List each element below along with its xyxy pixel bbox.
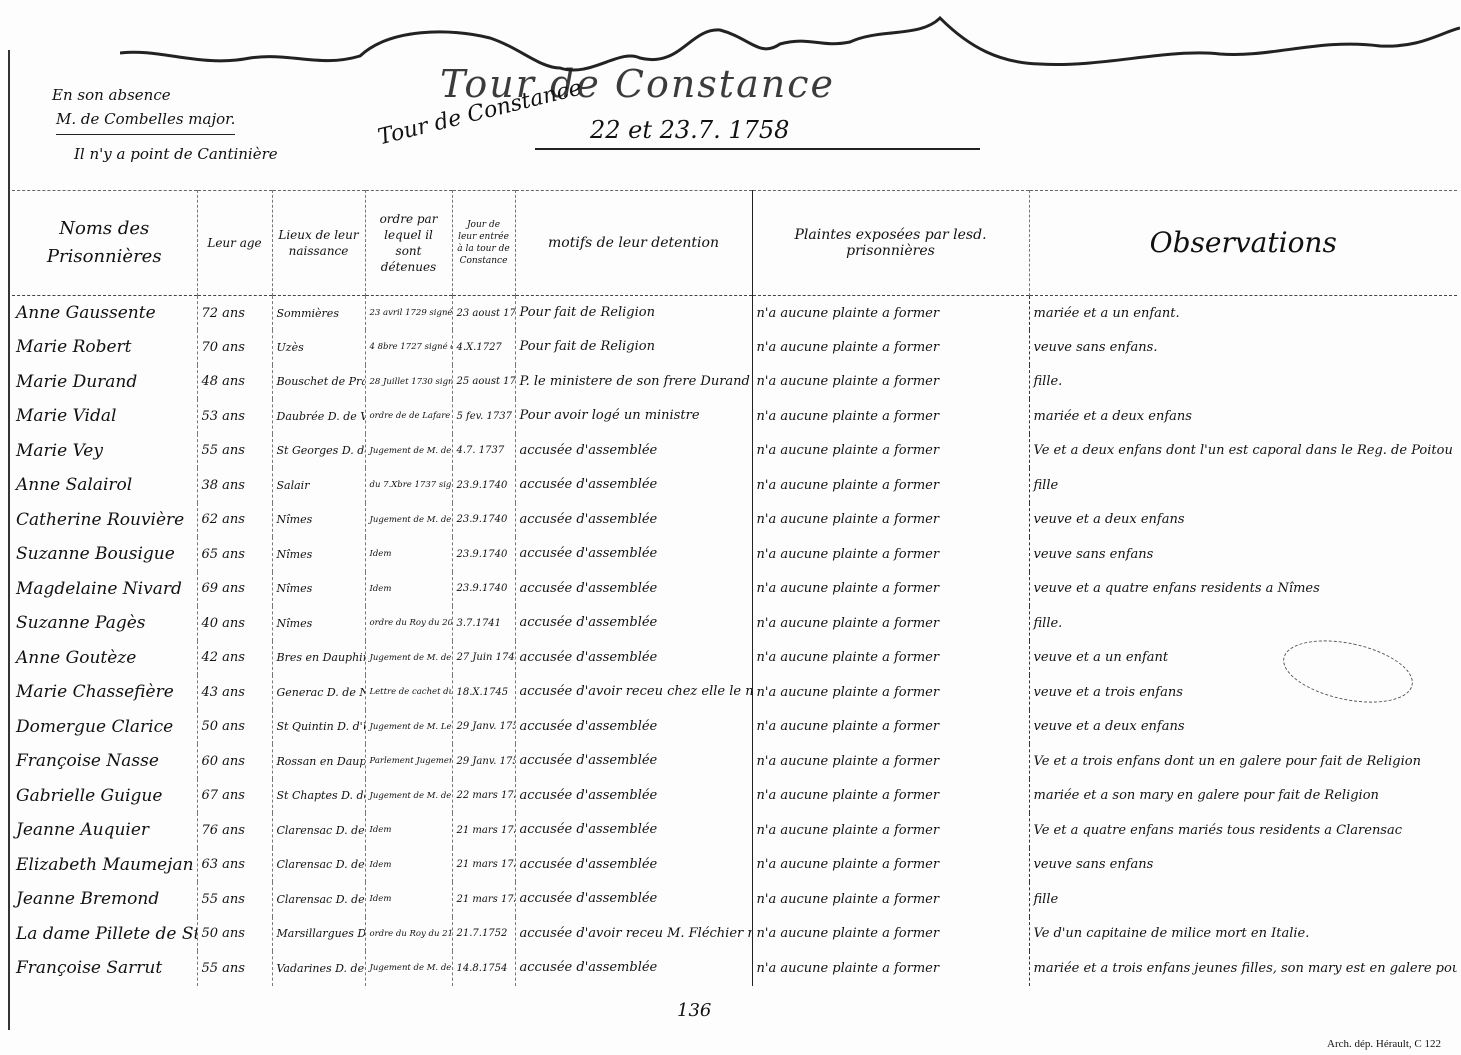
entry-date: 21 mars 1752 xyxy=(452,813,515,848)
birthplace: Generac D. de Nîmes xyxy=(272,675,365,710)
prisoner-age: 60 ans xyxy=(197,744,272,779)
header-order: ordre par lequel il sont détenues xyxy=(365,191,452,296)
detention-reason: accusée d'assemblée xyxy=(515,951,752,986)
detention-order: Parlement Jugement xyxy=(365,744,452,779)
complaint: n'a aucune plainte a former xyxy=(752,606,1029,641)
prisoner-age: 55 ans xyxy=(197,434,272,469)
observation: Ve et a quatre enfans mariés tous reside… xyxy=(1029,813,1457,848)
observation: veuve sans enfans xyxy=(1029,848,1457,883)
complaint: n'a aucune plainte a former xyxy=(752,744,1029,779)
detention-order: Idem xyxy=(365,572,452,607)
table-row: Jeanne Auquier76 ansClarensac D. de Nîme… xyxy=(12,813,1457,848)
entry-date: 5 fev. 1737 xyxy=(452,399,515,434)
entry-date: 23.9.1740 xyxy=(452,503,515,538)
table-row: Marie Durand48 ansBouschet de Pranles D.… xyxy=(12,365,1457,400)
observation: veuve et a deux enfans xyxy=(1029,710,1457,745)
prisoner-name: Anne Gaussente xyxy=(12,296,197,331)
prisoner-name: Gabrielle Guigue xyxy=(12,779,197,814)
margin-note: En son absence xyxy=(52,86,171,104)
observation: mariée et a un enfant. xyxy=(1029,296,1457,331)
birthplace: St Chaptes D. de Nîmes xyxy=(272,779,365,814)
detention-reason: accusée d'assemblée xyxy=(515,813,752,848)
birthplace: Nîmes xyxy=(272,537,365,572)
observation: mariée et a trois enfans jeunes filles, … xyxy=(1029,951,1457,986)
complaint: n'a aucune plainte a former xyxy=(752,365,1029,400)
prisoner-age: 72 ans xyxy=(197,296,272,331)
table-row: Catherine Rouvière62 ansNîmesJugement de… xyxy=(12,503,1457,538)
detention-reason: accusée d'assemblée xyxy=(515,882,752,917)
detention-order: Jugement de M. de Bernage du 23 may 1742 xyxy=(365,641,452,676)
observation: mariée et a son mary en galere pour fait… xyxy=(1029,779,1457,814)
complaint: n'a aucune plainte a former xyxy=(752,779,1029,814)
complaint: n'a aucune plainte a former xyxy=(752,641,1029,676)
detention-order: 23 avril 1729 signé de Bernage xyxy=(365,296,452,331)
table-row: Marie Vey55 ansSt Georges D. de ValenceJ… xyxy=(12,434,1457,469)
table-row: Françoise Nasse60 ansRossan en DauphinéP… xyxy=(12,744,1457,779)
archival-document: En son absence M. de Combelles major. Il… xyxy=(0,0,1461,1055)
detention-order: ordre du Roy du 21.7bre 1752 signé Pheli… xyxy=(365,917,452,952)
detention-reason: accusée d'assemblée xyxy=(515,744,752,779)
observation: Ve et a trois enfans dont un en galere p… xyxy=(1029,744,1457,779)
table-row: Marie Vidal53 ansDaubrée D. de Viviersor… xyxy=(12,399,1457,434)
detention-order: 4 8bre 1727 signé de Bernage xyxy=(365,330,452,365)
birthplace: Bouschet de Pranles D. de Viviers xyxy=(272,365,365,400)
observation: veuve sans enfans xyxy=(1029,537,1457,572)
header-entry: Jour de leur entrée à la tour de Constan… xyxy=(452,191,515,296)
complaint: n'a aucune plainte a former xyxy=(752,813,1029,848)
complaint: n'a aucune plainte a former xyxy=(752,399,1029,434)
detention-reason: accusée d'assemblée xyxy=(515,710,752,745)
birthplace: Nîmes xyxy=(272,572,365,607)
detention-reason: accusée d'assemblée xyxy=(515,779,752,814)
header-reason: motifs de leur detention xyxy=(515,191,752,296)
entry-date: 25 aoust 1730 xyxy=(452,365,515,400)
prisoner-name: Magdelaine Nivard xyxy=(12,572,197,607)
detention-reason: accusée d'assemblée xyxy=(515,434,752,469)
birthplace: Salair xyxy=(272,468,365,503)
prisoner-name: Marie Vey xyxy=(12,434,197,469)
observation: veuve et a quatre enfans residents a Nîm… xyxy=(1029,572,1457,607)
complaint: n'a aucune plainte a former xyxy=(752,468,1029,503)
prisoner-name: Elizabeth Maumejan xyxy=(12,848,197,883)
complaint: n'a aucune plainte a former xyxy=(752,710,1029,745)
entry-date: 21.7.1752 xyxy=(452,917,515,952)
table-row: Françoise Sarrut55 ansVadarines D. de Vi… xyxy=(12,951,1457,986)
header-complaints: Plaintes exposées par lesd. prisonnières xyxy=(752,191,1029,296)
detention-reason: accusée d'assemblée xyxy=(515,503,752,538)
entry-date: 4.X.1727 xyxy=(452,330,515,365)
observation: veuve et a deux enfans xyxy=(1029,503,1457,538)
table-row: Magdelaine Nivard69 ansNîmesIdem23.9.174… xyxy=(12,572,1457,607)
entry-date: 4.7. 1737 xyxy=(452,434,515,469)
detention-reason: accusée d'assemblée xyxy=(515,468,752,503)
table-row: Elizabeth Maumejan63 ansClarensac D. de … xyxy=(12,848,1457,883)
margin-rule xyxy=(8,50,10,1030)
complaint: n'a aucune plainte a former xyxy=(752,503,1029,538)
table-row: Jeanne Bremond55 ansClarensac D. de Nîme… xyxy=(12,882,1457,917)
prisoner-name: La dame Pillete de St Jean xyxy=(12,917,197,952)
birthplace: Uzès xyxy=(272,330,365,365)
prisoner-name: Marie Robert xyxy=(12,330,197,365)
archive-citation: Arch. dép. Hérault, C 122 xyxy=(1327,1038,1441,1050)
detention-order: Idem xyxy=(365,882,452,917)
prisoner-age: 48 ans xyxy=(197,365,272,400)
complaint: n'a aucune plainte a former xyxy=(752,917,1029,952)
prisoner-name: Anne Goutèze xyxy=(12,641,197,676)
entry-date: 3.7.1741 xyxy=(452,606,515,641)
prisoner-age: 65 ans xyxy=(197,537,272,572)
margin-note: M. de Combelles major. xyxy=(56,110,235,135)
detention-order: du 7.Xbre 1737 signé Philipeaux xyxy=(365,468,452,503)
prisoner-age: 38 ans xyxy=(197,468,272,503)
prisoner-age: 42 ans xyxy=(197,641,272,676)
header-birthplace: Lieux de leur naissance xyxy=(272,191,365,296)
detention-reason: accusée d'assemblée xyxy=(515,572,752,607)
detention-reason: Pour fait de Religion xyxy=(515,296,752,331)
table-row: Anne Salairol38 ansSalairdu 7.Xbre 1737 … xyxy=(12,468,1457,503)
prisoner-register: Noms des Prisonnières Leur age Lieux de … xyxy=(12,190,1457,986)
detention-order: Idem xyxy=(365,813,452,848)
prisoner-age: 76 ans xyxy=(197,813,272,848)
detention-order: Jugement de M. de St Priest du 9.8bre 17… xyxy=(365,951,452,986)
detention-reason: P. le ministere de son frere Durand xyxy=(515,365,752,400)
birthplace: Sommières xyxy=(272,296,365,331)
observation: Ve d'un capitaine de milice mort en Ital… xyxy=(1029,917,1457,952)
observation: Ve et a deux enfans dont l'un est capora… xyxy=(1029,434,1457,469)
prisoner-name: Marie Vidal xyxy=(12,399,197,434)
entry-date: 29 Janv. 1751 xyxy=(452,744,515,779)
prisoner-age: 50 ans xyxy=(197,710,272,745)
prisoner-name: Catherine Rouvière xyxy=(12,503,197,538)
prisoner-name: Françoise Nasse xyxy=(12,744,197,779)
birthplace: Daubrée D. de Viviers xyxy=(272,399,365,434)
observation: fille xyxy=(1029,468,1457,503)
birthplace: Nîmes xyxy=(272,606,365,641)
entry-date: 14.8.1754 xyxy=(452,951,515,986)
detention-order: ordre du Roy du 20 aoust 1741 signé Phel… xyxy=(365,606,452,641)
entry-date: 23.9.1740 xyxy=(452,537,515,572)
header-row: Noms des Prisonnières Leur age Lieux de … xyxy=(12,191,1457,296)
prisoner-age: 67 ans xyxy=(197,779,272,814)
birthplace: St Quintin D. d'Uzès xyxy=(272,710,365,745)
detention-order: ordre de de Lafare du 5 Janvier 1737 xyxy=(365,399,452,434)
table-row: Anne Goutèze42 ansBres en DauphinéJugeme… xyxy=(12,641,1457,676)
prisoner-name: Marie Durand xyxy=(12,365,197,400)
header-age: Leur age xyxy=(197,191,272,296)
observation: fille xyxy=(1029,882,1457,917)
complaint: n'a aucune plainte a former xyxy=(752,882,1029,917)
observation: fille. xyxy=(1029,365,1457,400)
prisoner-name: Suzanne Bousigue xyxy=(12,537,197,572)
date-underline xyxy=(535,148,980,150)
entry-date: 22 mars 1751 xyxy=(452,779,515,814)
prisoner-age: 62 ans xyxy=(197,503,272,538)
register-body: Anne Gaussente72 ansSommières23 avril 17… xyxy=(12,296,1457,986)
detention-order: Lettre de cachet du Roy du 24 Juillet 17… xyxy=(365,675,452,710)
detention-order: Jugement de M. de Saint Priest du 17 mar… xyxy=(365,779,452,814)
detention-reason: accusée d'assemblée xyxy=(515,606,752,641)
birthplace: Vadarines D. de Viviers xyxy=(272,951,365,986)
complaint: n'a aucune plainte a former xyxy=(752,848,1029,883)
detention-reason: Pour fait de Religion xyxy=(515,330,752,365)
prisoner-age: 63 ans xyxy=(197,848,272,883)
birthplace: Nîmes xyxy=(272,503,365,538)
observation: fille. xyxy=(1029,606,1457,641)
prisoner-age: 53 ans xyxy=(197,399,272,434)
prisoner-name: Domergue Clarice xyxy=(12,710,197,745)
prisoner-name: Jeanne Bremond xyxy=(12,882,197,917)
complaint: n'a aucune plainte a former xyxy=(752,537,1029,572)
prisoner-name: Marie Chassefière xyxy=(12,675,197,710)
birthplace: St Georges D. de Valence xyxy=(272,434,365,469)
prisoner-name: Anne Salairol xyxy=(12,468,197,503)
observation: mariée et a deux enfans xyxy=(1029,399,1457,434)
detention-order: Jugement de M. Le Nain du 24 Xbre 1750 xyxy=(365,710,452,745)
entry-date: 29 Janv. 1751 xyxy=(452,710,515,745)
birthplace: Rossan en Dauphiné xyxy=(272,744,365,779)
prisoner-age: 70 ans xyxy=(197,330,272,365)
complaint: n'a aucune plainte a former xyxy=(752,434,1029,469)
document-date: 22 et 23.7. 1758 xyxy=(590,116,789,144)
detention-reason: Pour avoir logé un ministre xyxy=(515,399,752,434)
header-observations: Observations xyxy=(1029,191,1457,296)
prisoner-age: 40 ans xyxy=(197,606,272,641)
table-row: Anne Gaussente72 ansSommières23 avril 17… xyxy=(12,296,1457,331)
detention-order: Idem xyxy=(365,848,452,883)
birthplace: Marsillargues D. de Nîmes xyxy=(272,917,365,952)
prisoner-age: 69 ans xyxy=(197,572,272,607)
detention-order: Jugement de M. de Bernage du 4 Juin 1737 xyxy=(365,434,452,469)
entry-date: 23.9.1740 xyxy=(452,468,515,503)
entry-date: 23 aoust 1729 xyxy=(452,296,515,331)
complaint: n'a aucune plainte a former xyxy=(752,951,1029,986)
table-row: Marie Robert70 ansUzès4 8bre 1727 signé … xyxy=(12,330,1457,365)
birthplace: Bres en Dauphiné xyxy=(272,641,365,676)
complaint: n'a aucune plainte a former xyxy=(752,296,1029,331)
table-row: Suzanne Pagès40 ansNîmesordre du Roy du … xyxy=(12,606,1457,641)
entry-date: 21 mars 1752 xyxy=(452,848,515,883)
observation: veuve sans enfans. xyxy=(1029,330,1457,365)
detention-order: Idem xyxy=(365,537,452,572)
detention-reason: accusée d'assemblée xyxy=(515,537,752,572)
complaint: n'a aucune plainte a former xyxy=(752,572,1029,607)
folio-number: 136 xyxy=(677,1000,711,1021)
table-row: Domergue Clarice50 ansSt Quintin D. d'Uz… xyxy=(12,710,1457,745)
birthplace: Clarensac D. de Nîmes xyxy=(272,848,365,883)
detention-reason: accusée d'avoir receu chez elle le nommé… xyxy=(515,675,752,710)
table-row: Gabrielle Guigue67 ansSt Chaptes D. de N… xyxy=(12,779,1457,814)
prisoner-name: Françoise Sarrut xyxy=(12,951,197,986)
detention-reason: accusée d'assemblée xyxy=(515,848,752,883)
prisoner-name: Jeanne Auquier xyxy=(12,813,197,848)
table-row: La dame Pillete de St Jean50 ansMarsilla… xyxy=(12,917,1457,952)
detention-order: Jugement de M. de Bernage du 28 Juin 173… xyxy=(365,503,452,538)
entry-date: 21 mars 1752 xyxy=(452,882,515,917)
complaint: n'a aucune plainte a former xyxy=(752,675,1029,710)
prisoner-age: 55 ans xyxy=(197,882,272,917)
detention-order: 28 Juillet 1730 signé Phelipeaux xyxy=(365,365,452,400)
table-row: Suzanne Bousigue65 ansNîmesIdem23.9.1740… xyxy=(12,537,1457,572)
table-row: Marie Chassefière43 ansGenerac D. de Nîm… xyxy=(12,675,1457,710)
complaint: n'a aucune plainte a former xyxy=(752,330,1029,365)
entry-date: 23.9.1740 xyxy=(452,572,515,607)
entry-date: 27 Juin 1742 xyxy=(452,641,515,676)
detention-reason: accusée d'assemblée xyxy=(515,641,752,676)
detention-reason: accusée d'avoir receu M. Fléchier minist… xyxy=(515,917,752,952)
birthplace: Clarensac D. de Nîmes xyxy=(272,882,365,917)
birthplace: Clarensac D. de Nîmes xyxy=(272,813,365,848)
header-names: Noms des Prisonnières xyxy=(12,191,197,296)
prisoner-age: 43 ans xyxy=(197,675,272,710)
prisoner-name: Suzanne Pagès xyxy=(12,606,197,641)
entry-date: 18.X.1745 xyxy=(452,675,515,710)
prisoner-age: 55 ans xyxy=(197,951,272,986)
margin-note: Il n'y a point de Cantinière xyxy=(74,145,278,163)
prisoner-age: 50 ans xyxy=(197,917,272,952)
